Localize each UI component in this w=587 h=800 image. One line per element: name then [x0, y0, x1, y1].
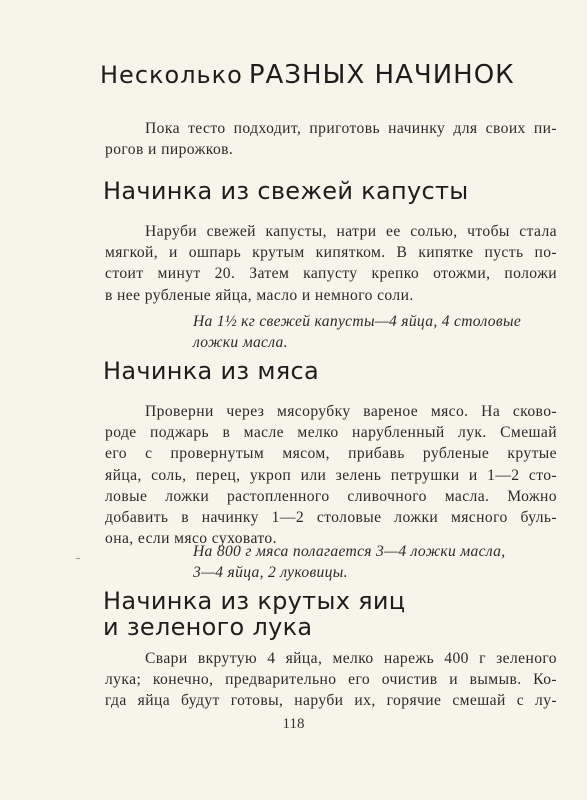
- heading-line: Начинка из мяса: [103, 357, 319, 385]
- section-note-cabbage: На 1½ кг свежей капусты—4 яйца, 4 столов…: [193, 311, 557, 353]
- heading-line: Начинка из крутых яиц: [103, 588, 405, 614]
- text-line: Проверни через мясорубку вареное мясо. Н…: [105, 401, 557, 422]
- section-note-meat: На 800 г мяса полагается 3—4 ложки масла…: [193, 541, 557, 583]
- text-line: рогов и пирожков.: [105, 139, 557, 160]
- text-line: Пока тесто подходит, приготовь начинку д…: [105, 118, 557, 139]
- page-title: НесколькоРАЗНЫХ НАЧИНОК: [100, 60, 515, 90]
- text-line: роде поджарь в масле мелко нарубленный л…: [105, 422, 557, 443]
- heading-line: и зеленого лука: [103, 614, 405, 640]
- section-body-eggs-onion: Свари вкрутую 4 яйца, мелко нарежь 400 г…: [105, 648, 557, 712]
- text-line: яйца, соль, перец, укроп или зелень петр…: [105, 465, 557, 486]
- intro-paragraph: Пока тесто подходит, приготовь начинку д…: [105, 118, 557, 160]
- note-line: 3—4 яйца, 2 луковицы.: [193, 562, 557, 583]
- page-title-part2: РАЗНЫХ НАЧИНОК: [249, 60, 515, 90]
- section-heading-eggs-onion: Начинка из крутых яиц и зеленого лука: [103, 588, 405, 640]
- section-body-cabbage: Наруби свежей капусты, натри ее солью, ч…: [105, 221, 557, 306]
- book-page: НесколькоРАЗНЫХ НАЧИНОК Пока тесто подхо…: [0, 0, 587, 800]
- section-heading-cabbage: Начинка из свежей капусты: [103, 178, 468, 204]
- page-title-part1: Несколько: [100, 61, 243, 89]
- text-line: его с провернутым мясом, прибавь рублены…: [105, 443, 557, 464]
- text-line: добавить в начинку 1—2 столовые ложки мя…: [105, 507, 557, 528]
- text-line: мягкой, и ошпарь крутым кипятком. В кипя…: [105, 242, 557, 263]
- text-line: ловые ложки растопленного сливочного мас…: [105, 486, 557, 507]
- text-line: в нее рубленые яйца, масло и немного сол…: [105, 285, 557, 306]
- print-mark: [76, 558, 80, 559]
- text-line: гда яйца будут готовы, наруби их, горячи…: [105, 690, 557, 711]
- text-line: лука; конечно, предварительно его очисти…: [105, 669, 557, 690]
- note-line: На 800 г мяса полагается 3—4 ложки масла…: [193, 541, 557, 562]
- section-heading-meat: Начинка из мяса: [103, 358, 319, 384]
- text-line: стоит минут 20. Затем капусту крепко ото…: [105, 263, 557, 284]
- note-line: На 1½ кг свежей капусты—4 яйца, 4 столов…: [193, 311, 557, 332]
- text-line: Свари вкрутую 4 яйца, мелко нарежь 400 г…: [105, 648, 557, 669]
- section-body-meat: Проверни через мясорубку вареное мясо. Н…: [105, 401, 557, 549]
- page-number: 118: [0, 716, 587, 733]
- text-line: Наруби свежей капусты, натри ее солью, ч…: [105, 221, 557, 242]
- heading-line: Начинка из свежей капусты: [103, 177, 468, 205]
- note-line: ложки масла.: [193, 332, 557, 353]
